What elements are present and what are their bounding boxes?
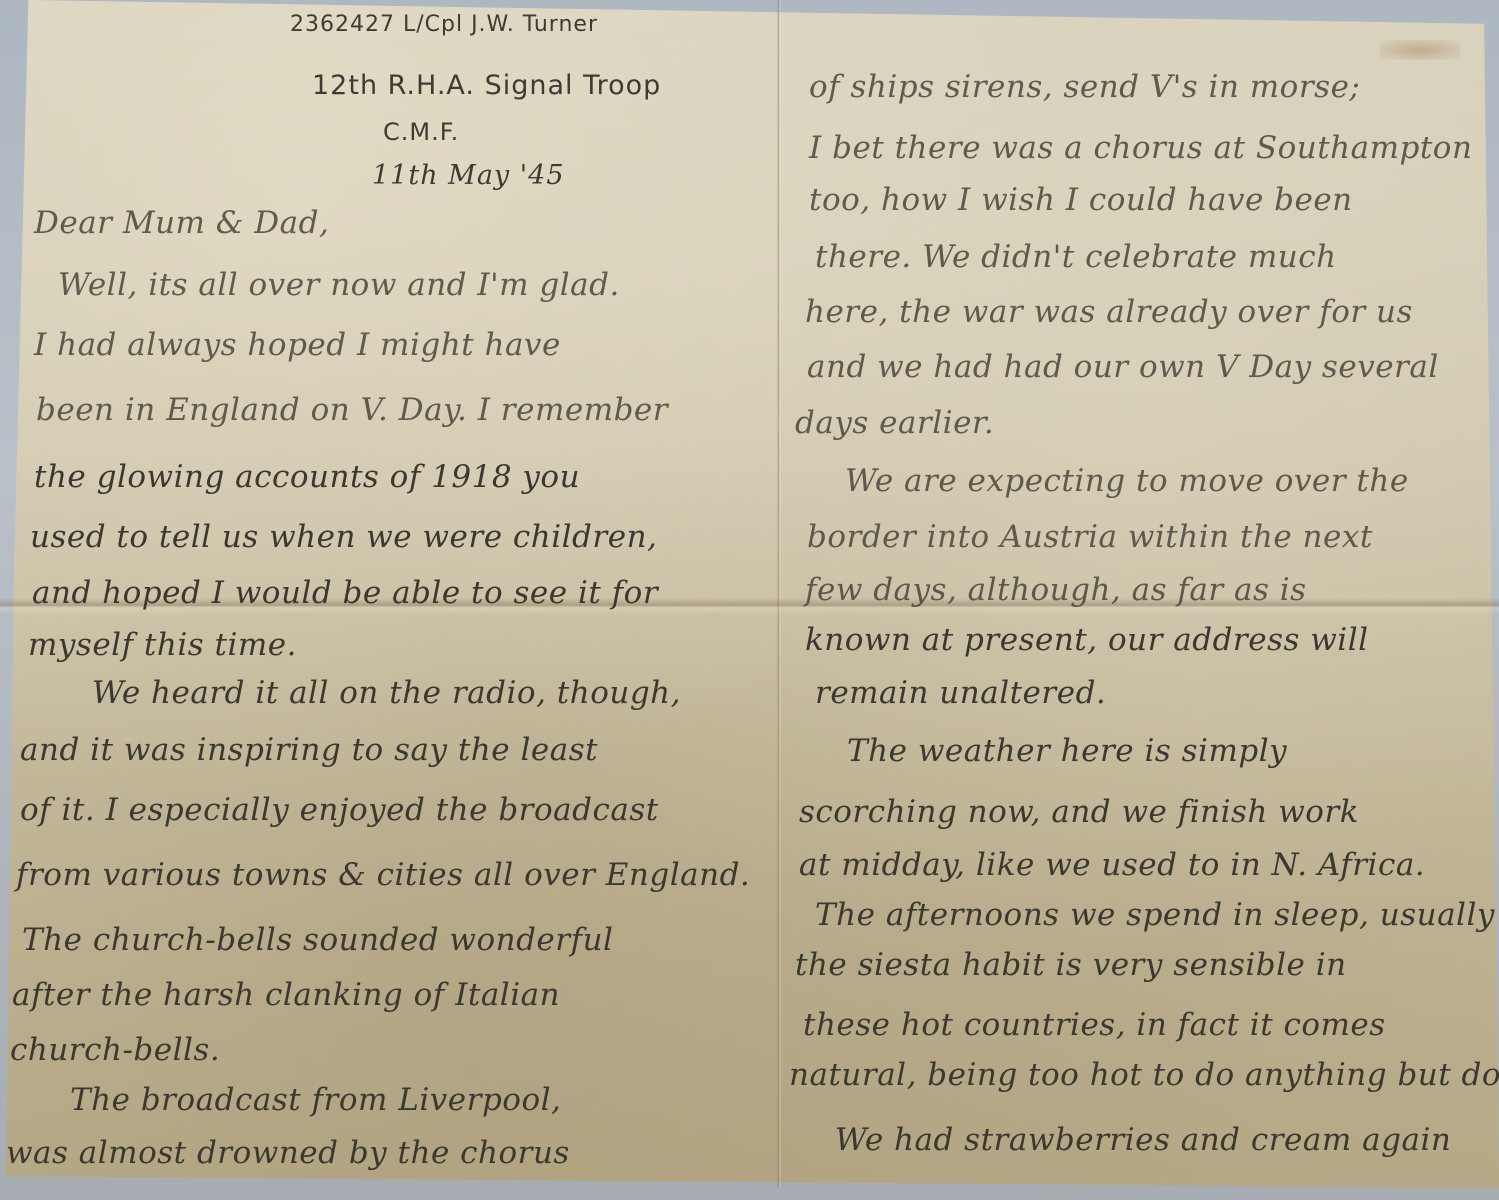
letter-line: natural, being too hot to do anything bu… — [789, 1060, 1499, 1091]
letter-line: and it was inspiring to say the least — [20, 735, 598, 766]
letter-line: and we had had our own V Day several — [807, 352, 1439, 383]
letter-line: We heard it all on the radio, though, — [92, 678, 681, 709]
letter-line: border into Austria within the next — [807, 522, 1373, 553]
letter-line: these hot countries, in fact it comes — [803, 1010, 1386, 1041]
letter-line: The afternoons we spend in sleep, usuall… — [815, 900, 1495, 931]
vertical-fold-crease — [777, 0, 781, 1188]
letter-line: We had strawberries and cream again — [835, 1125, 1451, 1156]
date-line: 11th May '45 — [372, 160, 565, 191]
letter-line: here, the war was already over for us — [805, 297, 1413, 328]
letter-line: at midday, like we used to in N. Africa. — [799, 850, 1425, 881]
letter-line: days earlier. — [795, 408, 994, 439]
letter-line: myself this time. — [28, 630, 297, 661]
letter-line: been in England on V. Day. I remember — [36, 395, 668, 426]
letter-line: The broadcast from Liverpool, — [70, 1085, 561, 1116]
letter-line: there. We didn't celebrate much — [815, 242, 1337, 273]
letter-line: church-bells. — [10, 1035, 220, 1066]
letter-line: The church-bells sounded wonderful — [22, 925, 613, 956]
service-number-name: 2362427 L/Cpl J.W. Turner — [290, 12, 598, 37]
letter-line: used to tell us when we were children, — [30, 522, 657, 553]
letter-line: of it. I especially enjoyed the broadcas… — [20, 795, 659, 826]
letter-line: The weather here is simply — [847, 736, 1287, 767]
salutation: Dear Mum & Dad, — [34, 208, 329, 239]
letter-line: remain unaltered. — [815, 678, 1106, 709]
force-line: C.M.F. — [383, 118, 459, 146]
letter-line: known at present, our address will — [805, 625, 1369, 656]
letter-line: after the harsh clanking of Italian — [12, 980, 560, 1011]
letter-line: I bet there was a chorus at Southampton — [809, 133, 1472, 164]
letter-line: was almost drowned by the chorus — [6, 1138, 570, 1169]
letter-line: Well, its all over now and I'm glad. — [58, 270, 620, 301]
letter-line: few days, although, as far as is — [805, 575, 1307, 606]
letter-line: We are expecting to move over the — [845, 466, 1409, 497]
letter-line: from various towns & cities all over Eng… — [16, 860, 750, 891]
letter-line: of ships sirens, send V's in morse; — [809, 72, 1360, 103]
letter-line: I had always hoped I might have — [34, 330, 561, 361]
letter-line: the siesta habit is very sensible in — [795, 950, 1347, 981]
paper-stain — [1380, 40, 1460, 60]
letter-line: and hoped I would be able to see it for — [32, 578, 658, 609]
letter-line: too, how I wish I could have been — [809, 185, 1353, 216]
letter-line: the glowing accounts of 1918 you — [34, 462, 580, 493]
unit-line: 12th R.H.A. Signal Troop — [312, 70, 661, 101]
letter-line: scorching now, and we finish work — [799, 797, 1359, 828]
